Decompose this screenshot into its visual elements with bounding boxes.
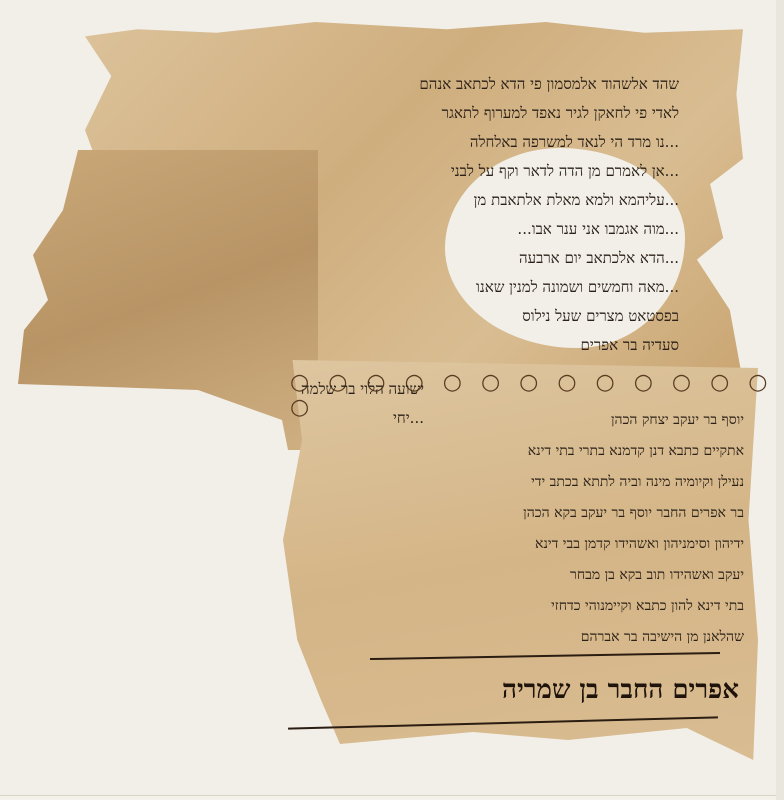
text-line: בתי דינא להון כתבא וקיימנוהי כדחזי — [294, 591, 744, 622]
text-line: ...אן לאמרם מן הדה לדאר וקף על לבני — [119, 157, 679, 186]
text-line: שהד אלשהוד אלמסמון פי הדא לכתאב אנהם — [119, 70, 679, 99]
text-line: ...עליהמא ולמא מאלת אלתאבת מן — [119, 186, 679, 215]
bottom-text-block: יוסף בר יעקב יצחק הכהן אתקיים כתבא דנן ק… — [294, 405, 744, 653]
text-line: סעדיה בר אפרים — [119, 331, 679, 360]
text-line: לאדי פי לחאקן לגיר נאפד למערוף לתאגר — [119, 99, 679, 128]
text-line: ...מוה אגמבו אני ענר אבו... — [119, 215, 679, 244]
text-line: אתקיים כתבא דנן קדמנא בתרי בתי דינא — [294, 436, 744, 467]
text-line: יעקב ואשהידו תוב בקא בן מבחר — [294, 560, 744, 591]
top-text-block: שהד אלשהוד אלמסמון פי הדא לכתאב אנהם לאד… — [119, 70, 679, 360]
text-line: ...נו מרד הי לנאד למשרפה באלחלה — [119, 128, 679, 157]
text-line: ...הדא אלכתאב יום ארבעה — [119, 244, 679, 273]
text-line: שהלאנן מן הישיבה בר אברהם — [294, 622, 744, 653]
text-line: בפסטאט מצרים שעל נילוס — [119, 302, 679, 331]
text-line: נעילן וקיומיה מינה וביה לתתא בכתב ידי — [294, 467, 744, 498]
text-line: ידיהון וסימניהון ואשהידו קדמן בבי דינא — [294, 529, 744, 560]
text-line: ...מאה וחמשים ושמונה למנין שאנו — [119, 273, 679, 302]
text-line: ישועה הלוי בר שלמה — [301, 375, 424, 404]
text-line: בר אפרים החבר יוסף בר יעקב בקא הכהן — [294, 498, 744, 529]
text-line: יוסף בר יעקב יצחק הכהן — [294, 405, 744, 436]
signature: אפרים החבר בן שמריה — [502, 675, 739, 705]
